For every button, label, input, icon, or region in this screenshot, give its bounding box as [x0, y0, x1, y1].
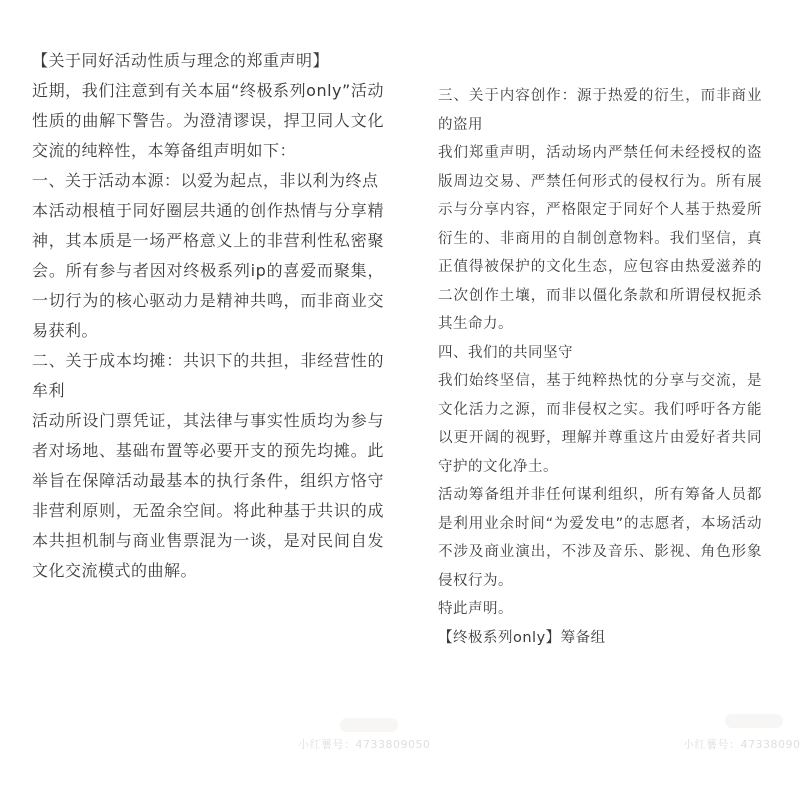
section-4-body-2: 活动筹备组并非任何谋利组织，所有筹备人员都是利用业余时间“为爱发电”的志愿者，本… — [438, 481, 762, 595]
statement-page: 【关于同好活动性质与理念的郑重声明】 近期，我们注意到有关本届“终极系列only… — [0, 0, 800, 800]
section-2-body: 活动所设门票凭证，其法律与事实性质均为参与者对场地、基础布置等必要开支的预先均摊… — [32, 406, 384, 586]
intro-paragraph: 近期，我们注意到有关本届“终极系列only”活动性质的曲解下警告。为澄清谬误，捍… — [32, 76, 384, 166]
closing-statement: 特此声明。 — [438, 595, 762, 624]
left-column: 【关于同好活动性质与理念的郑重声明】 近期，我们注意到有关本届“终极系列only… — [32, 46, 384, 586]
section-4-body-1: 我们始终坚信，基于纯粹热忱的分享与交流，是文化活力之源，而非侵权之实。我们呼吁各… — [438, 367, 762, 481]
right-column: 三、关于内容创作：源于热爱的衍生，而非商业的盗用 我们郑重声明，活动场内严禁任何… — [438, 82, 762, 652]
xiaohongshu-watermark-right: 小红薯号：4733809050 — [683, 738, 800, 752]
section-3-body: 我们郑重声明，活动场内严禁任何未经授权的盗版周边交易、严禁任何形式的侵权行为。所… — [438, 139, 762, 339]
statement-title: 【关于同好活动性质与理念的郑重声明】 — [32, 46, 384, 76]
section-4-heading: 四、我们的共同坚守 — [438, 339, 762, 368]
section-1-heading: 一、关于活动本源：以爱为起点，非以利为终点 — [32, 166, 384, 196]
watermark-blob — [340, 718, 398, 732]
watermark-blob — [725, 714, 783, 728]
section-1-body: 本活动根植于同好圈层共通的创作热情与分享精神，其本质是一场严格意义上的非营利性私… — [32, 196, 384, 346]
section-2-heading: 二、关于成本均摊：共识下的共担，非经营性的牟利 — [32, 346, 384, 406]
organizer-signature: 【终极系列only】筹备组 — [438, 624, 762, 653]
xiaohongshu-watermark-left: 小红薯号：4733809050 — [298, 738, 431, 752]
section-3-heading: 三、关于内容创作：源于热爱的衍生，而非商业的盗用 — [438, 82, 762, 139]
